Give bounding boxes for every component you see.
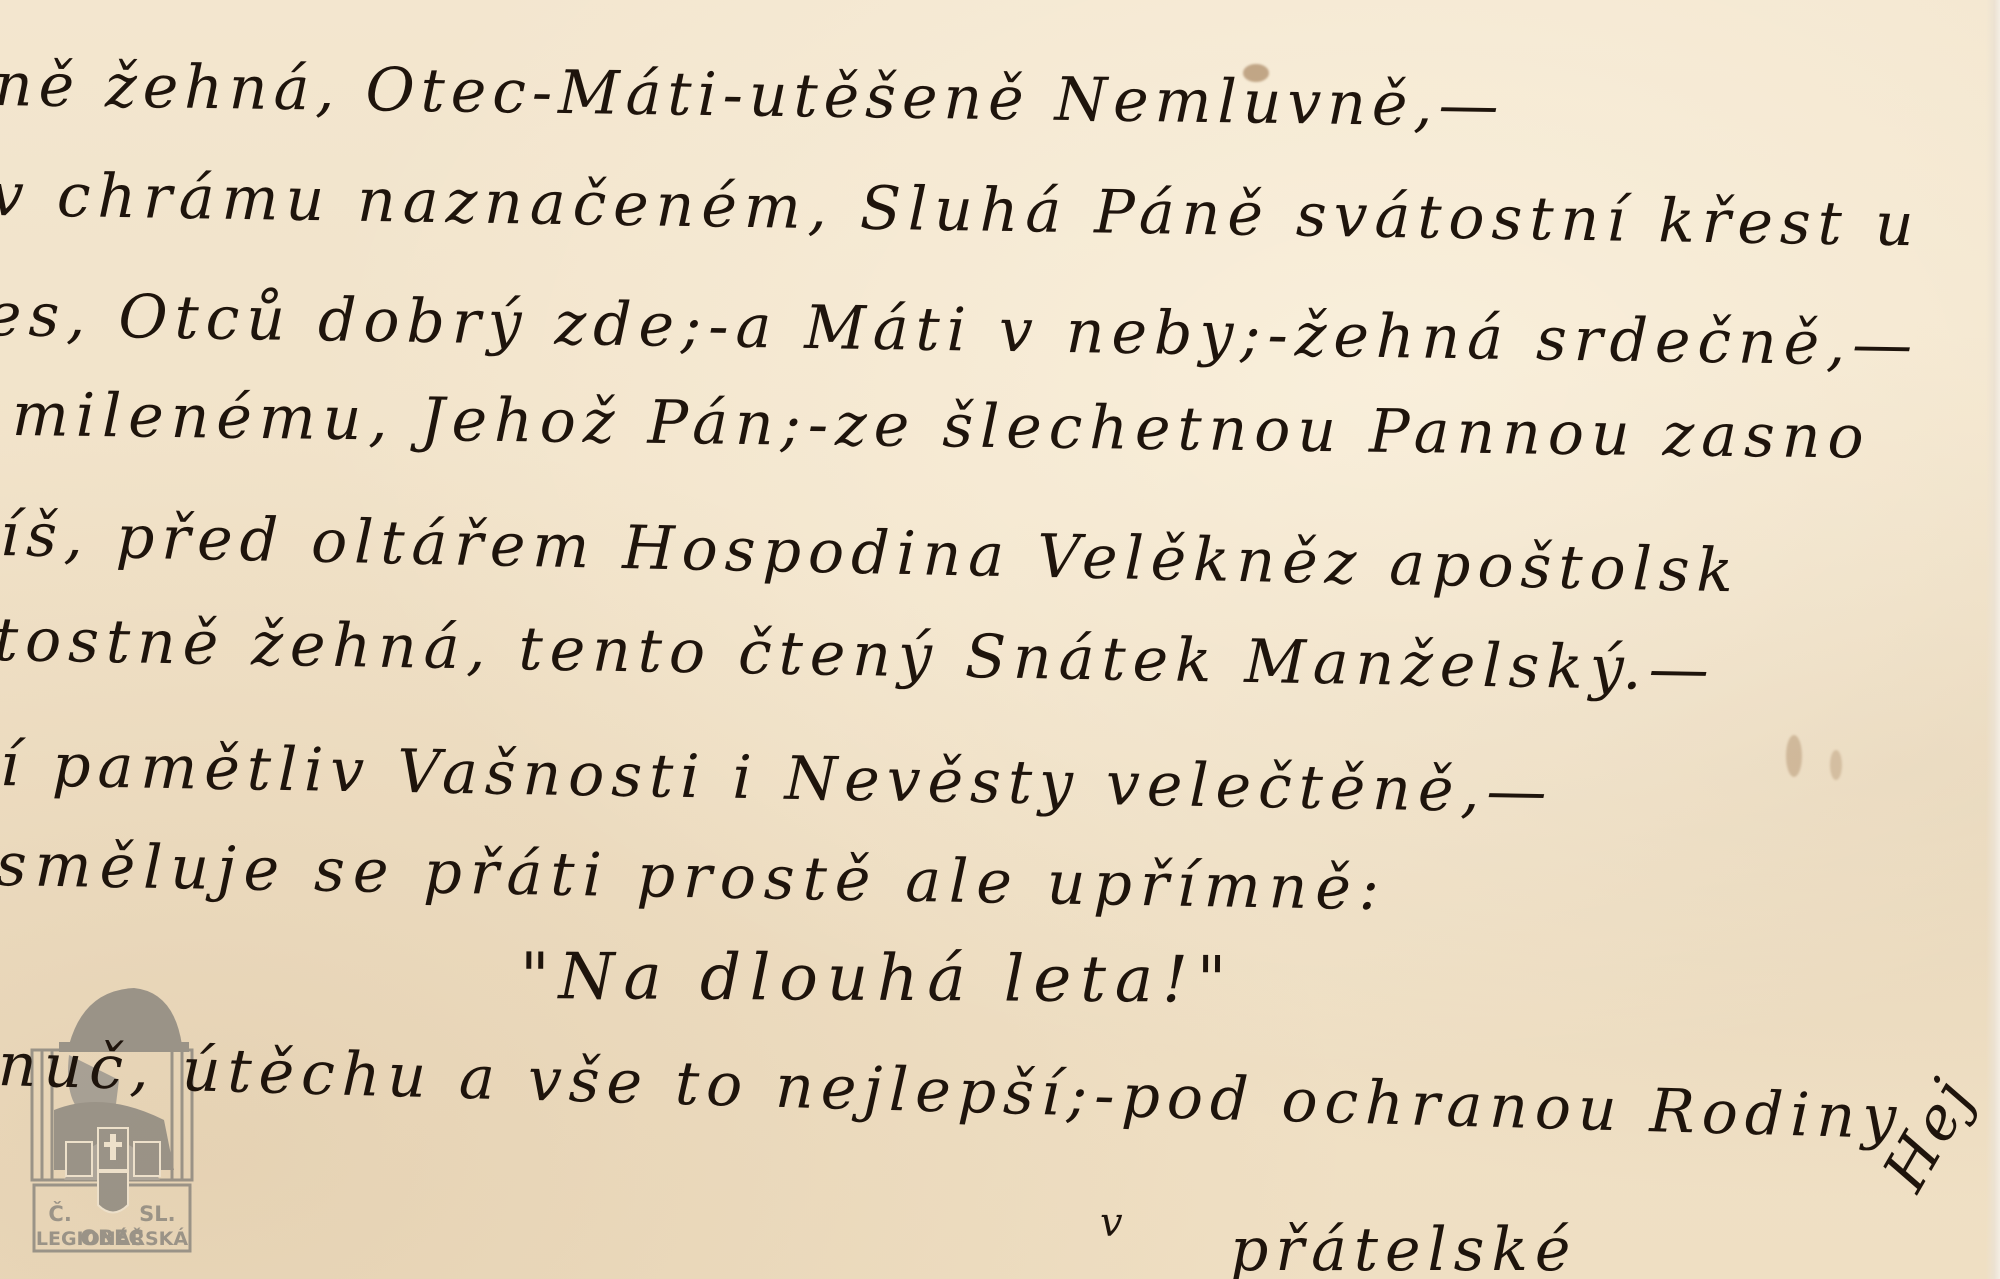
- watermark-text-legionarska: LEGIONÁŘSKÁ: [24, 1228, 200, 1250]
- watermark-text-csl: Č. SL.: [48, 1202, 175, 1226]
- ink-stain: [1786, 735, 1802, 777]
- handwritten-line-v: v: [1100, 1200, 1129, 1246]
- handwritten-closing: přátelské: [1230, 1215, 1577, 1279]
- ink-stain: [1830, 750, 1842, 780]
- paper-torn-edge: [1986, 0, 2000, 1279]
- handwritten-greeting: "Na dlouhá leta!": [520, 940, 1236, 1018]
- legionnaire-association-watermark: Č. SL. OBEC LEGIONÁŘSKÁ: [24, 980, 200, 1255]
